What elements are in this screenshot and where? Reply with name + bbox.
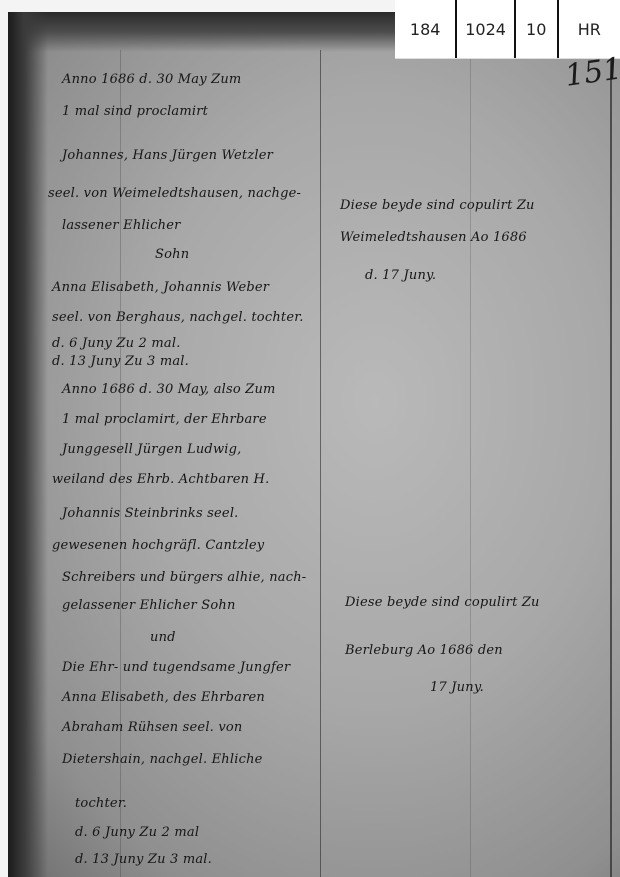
handwritten-line: Dietershain, nachgel. Ehliche xyxy=(62,752,263,767)
handwritten-line: 1 mal proclamirt, der Ehrbare xyxy=(62,412,267,427)
handwritten-line: d. 13 Juny Zu 3 mal. xyxy=(52,354,189,369)
handwritten-line: Johannis Steinbrinks seel. xyxy=(62,506,239,521)
handwritten-line: tochter. xyxy=(75,796,127,811)
archive-label-strip: 184 1024 10 HR xyxy=(395,0,620,59)
handwritten-line: Anna Elisabeth, des Ehrbaren xyxy=(62,690,265,705)
archive-label-cell: HR xyxy=(557,0,620,58)
handwritten-line: gelassener Ehlicher Sohn xyxy=(62,598,236,613)
scan-shadow-left xyxy=(8,12,48,877)
handwritten-line: seel. von Berghaus, nachgel. tochter. xyxy=(52,310,304,325)
scanned-document: 184 1024 10 HR 151 Anno 1686 d. 30 May Z… xyxy=(0,0,620,877)
handwritten-line: Abraham Rühsen seel. von xyxy=(62,720,242,735)
marginal-note-line: d. 17 Juny. xyxy=(365,268,436,283)
folio-number: 151 xyxy=(563,51,620,94)
handwritten-line: d. 6 Juny Zu 2 mal xyxy=(75,825,199,840)
handwritten-line: Anno 1686 d. 30 May, also Zum xyxy=(62,382,276,397)
marginal-note-line: Diese beyde sind copulirt Zu xyxy=(345,595,540,610)
faint-ruling-line xyxy=(470,50,471,877)
handwritten-line: d. 6 Juny Zu 2 mal. xyxy=(52,336,181,351)
marginal-note-line: 17 Juny. xyxy=(430,680,484,695)
handwritten-line: Anna Elisabeth, Johannis Weber xyxy=(52,280,269,295)
handwritten-line: Die Ehr- und tugendsame Jungfer xyxy=(62,660,290,675)
marginal-note-line: Berleburg Ao 1686 den xyxy=(345,643,503,658)
archive-label-cell: 1024 xyxy=(455,0,513,58)
handwritten-line: seel. von Weimeledtshausen, nachge- xyxy=(48,186,301,201)
archive-label-cell: 184 xyxy=(395,0,455,58)
handwritten-line: Schreibers und bürgers alhie, nach- xyxy=(62,570,306,585)
page-edge-line xyxy=(610,40,612,877)
column-divider xyxy=(320,50,321,877)
handwritten-line: gewesenen hochgräfl. Cantzley xyxy=(52,538,264,553)
handwritten-line: 1 mal sind proclamirt xyxy=(62,104,208,119)
handwritten-line: Sohn xyxy=(155,247,189,262)
archive-label-cell: 10 xyxy=(514,0,557,58)
marginal-note-line: Weimeledtshausen Ao 1686 xyxy=(340,230,527,245)
handwritten-line: und xyxy=(150,630,176,645)
handwritten-line: Anno 1686 d. 30 May Zum xyxy=(62,72,241,87)
handwritten-line: weiland des Ehrb. Achtbaren H. xyxy=(52,472,269,487)
handwritten-line: d. 13 Juny Zu 3 mal. xyxy=(75,852,212,867)
handwritten-line: Johannes, Hans Jürgen Wetzler xyxy=(62,148,273,163)
handwritten-line: Junggesell Jürgen Ludwig, xyxy=(62,442,242,457)
marginal-note-line: Diese beyde sind copulirt Zu xyxy=(340,198,535,213)
handwritten-line: lassener Ehlicher xyxy=(62,218,181,233)
